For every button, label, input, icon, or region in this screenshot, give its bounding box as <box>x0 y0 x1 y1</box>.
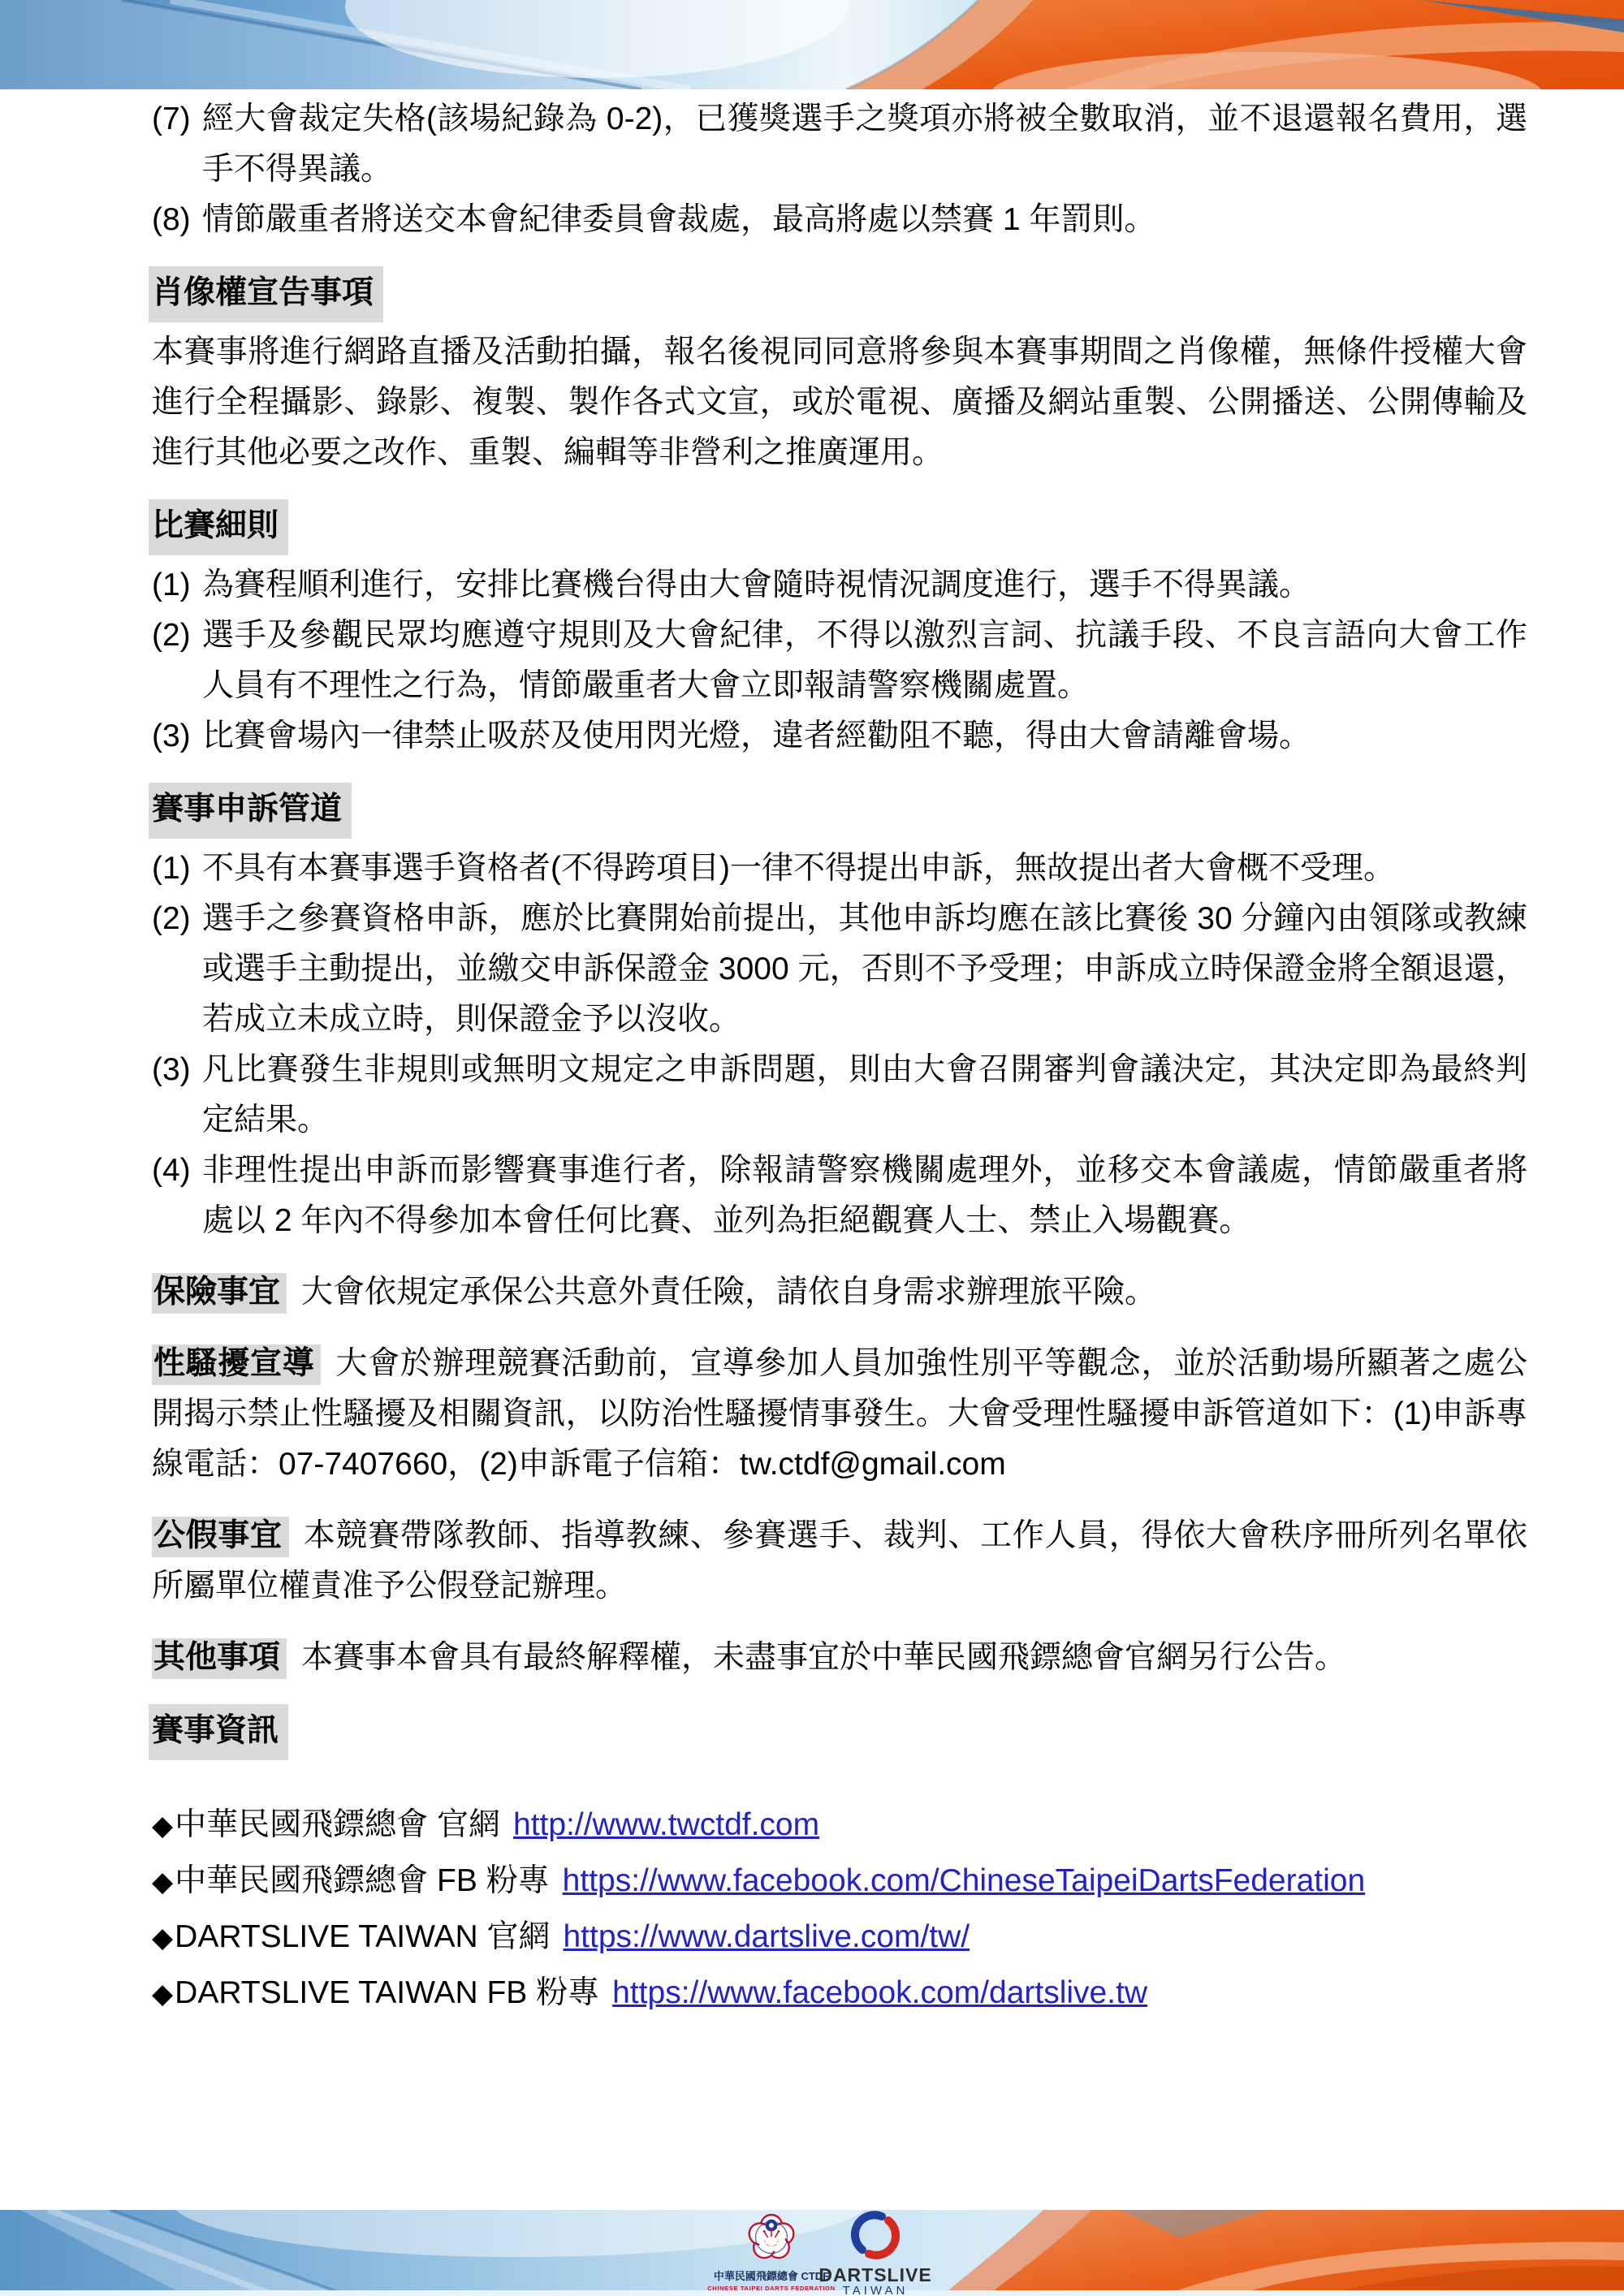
list-text: 不具有本賽事選手資格者(不得跨項目)一律不得提出申訴，無故提出者大會概不受理。 <box>202 844 1527 894</box>
list-text: 凡比賽發生非規則或無明文規定之申訴問題，則由大會召開審判會議決定，其決定即為最終… <box>202 1045 1527 1146</box>
link-label: DARTSLIVE TAIWAN 官網 <box>175 1919 550 1954</box>
rule-item: (2) 選手及參觀民眾均應遵守規則及大會紀律，不得以激烈言詞、抗議手段、不良言語… <box>152 611 1527 711</box>
dartslive-logo-name: DARTSLIVE <box>818 2264 931 2285</box>
list-marker: (7) <box>152 94 202 195</box>
diamond-bullet-icon: ◆ <box>152 1923 173 1953</box>
twctdf-website-link[interactable]: http://www.twctdf.com <box>513 1807 819 1842</box>
ctdf-facebook-link[interactable]: https://www.facebook.com/ChineseTaipeiDa… <box>563 1863 1365 1898</box>
section-insurance: 保險事宜大會依規定承保公共意外責任險，請依自身需求辦理旅平險。 <box>152 1267 1527 1318</box>
link-row: ◆中華民國飛鏢總會 FB 粉專https://www.facebook.com/… <box>152 1854 1527 1910</box>
rule-item: (7) 經大會裁定失格(該場紀錄為 0-2)，已獲獎選手之獎項亦將被全數取消，並… <box>152 94 1527 195</box>
list-text: 選手之參賽資格申訴，應於比賽開始前提出，其他申訴均應在該比賽後 30 分鐘內由領… <box>202 894 1527 1045</box>
rule-item: (1) 不具有本賽事選手資格者(不得跨項目)一律不得提出申訴，無故提出者大會概不… <box>152 844 1527 894</box>
section-title: 其他事項 <box>152 1638 287 1679</box>
section-portrait-rights: 肖像權宣告事項 本賽事將進行網路直播及活動拍攝，報名後視同同意將參與本賽事期間之… <box>152 266 1527 478</box>
rule-item: (3) 比賽會場內一律禁止吸菸及使用閃光燈，違者經勸阻不聽，得由大會請離會場。 <box>152 711 1527 762</box>
list-marker: (3) <box>152 711 202 762</box>
dartslive-logo-sub: TAIWAN <box>843 2284 909 2296</box>
section-body: 大會依規定承保公共意外責任險，請依自身需求辦理旅平險。 <box>301 1275 1156 1310</box>
diamond-bullet-icon: ◆ <box>152 1979 173 2009</box>
rule-item: (4) 非理性提出申訴而影響賽事進行者，除報請警察機關處理外，並移交本會議處，情… <box>152 1146 1527 1246</box>
rule-item: (8) 情節嚴重者將送交本會紀律委員會裁處，最高將處以禁賽 1 年罰則。 <box>152 195 1527 245</box>
rule-item: (3) 凡比賽發生非規則或無明文規定之申訴問題，則由大會召開審判會議決定，其決定… <box>152 1045 1527 1146</box>
header-banner <box>0 0 1624 89</box>
rule-item: (1) 為賽程順利進行，安排比賽機台得由大會隨時視情況調度進行，選手不得異議。 <box>152 560 1527 611</box>
section-body: 本競賽帶隊教師、指導教練、參賽選手、裁判、工作人員，得依大會秩序冊所列名單依所屬… <box>152 1518 1527 1603</box>
section-harassment: 性騷擾宣導大會於辦理競賽活動前，宣導參加人員加強性別平等觀念，並於活動場所顯著之… <box>152 1339 1527 1490</box>
list-marker: (3) <box>152 1045 202 1146</box>
link-label: DARTSLIVE TAIWAN FB 粉專 <box>175 1975 599 2010</box>
section-body: 本賽事本會具有最終解釋權，未盡事宜於中華民國飛鏢總會官網另行公告。 <box>301 1640 1346 1675</box>
header-banner-graphic <box>0 0 1624 89</box>
section-official-leave: 公假事宜本競賽帶隊教師、指導教練、參賽選手、裁判、工作人員，得依大會秩序冊所列名… <box>152 1511 1527 1612</box>
section-title: 保險事宜 <box>152 1273 287 1314</box>
list-text: 經大會裁定失格(該場紀錄為 0-2)，已獲獎選手之獎項亦將被全數取消，並不退還報… <box>202 94 1527 195</box>
footer-banner: 中華民國飛鏢總會 CTDF CHINESE TAIPEI DARTS FEDER… <box>0 2210 1624 2296</box>
diamond-bullet-icon: ◆ <box>152 1867 173 1897</box>
list-marker: (2) <box>152 894 202 1045</box>
list-text: 選手及參觀民眾均應遵守規則及大會紀律，不得以激烈言詞、抗議手段、不良言語向大會工… <box>202 611 1527 711</box>
section-title: 比賽細則 <box>149 499 288 555</box>
link-label: 中華民國飛鏢總會 FB 粉專 <box>175 1863 550 1898</box>
footer-banner-graphic: 中華民國飛鏢總會 CTDF CHINESE TAIPEI DARTS FEDER… <box>0 2210 1624 2296</box>
section-title: 公假事宜 <box>152 1517 289 1557</box>
list-marker: (2) <box>152 611 202 711</box>
ctdf-logo-english-name: CHINESE TAIPEI DARTS FEDERATION <box>707 2285 836 2292</box>
link-row: ◆中華民國飛鏢總會 官網http://www.twctdf.com <box>152 1798 1527 1854</box>
section-title: 賽事申訴管道 <box>149 783 352 839</box>
ctdf-logo-name: 中華民國飛鏢總會 CTDF <box>714 2270 829 2282</box>
list-marker: (4) <box>152 1146 202 1246</box>
list-text: 情節嚴重者將送交本會紀律委員會裁處，最高將處以禁賽 1 年罰則。 <box>202 195 1527 245</box>
dartslive-website-link[interactable]: https://www.dartslive.com/tw/ <box>563 1919 970 1954</box>
section-title: 賽事資訊 <box>149 1704 288 1760</box>
section-event-info: 賽事資訊 ◆中華民國飛鏢總會 官網http://www.twctdf.com ◆… <box>152 1704 1527 2022</box>
section-appeal-channel: 賽事申訴管道 (1) 不具有本賽事選手資格者(不得跨項目)一律不得提出申訴，無故… <box>152 783 1527 1246</box>
list-marker: (1) <box>152 844 202 894</box>
rule-item: (2) 選手之參賽資格申訴，應於比賽開始前提出，其他申訴均應在該比賽後 30 分… <box>152 894 1527 1045</box>
document-body: (7) 經大會裁定失格(該場紀錄為 0-2)，已獲獎選手之獎項亦將被全數取消，並… <box>152 94 1527 2022</box>
list-marker: (8) <box>152 195 202 245</box>
section-match-rules: 比賽細則 (1) 為賽程順利進行，安排比賽機台得由大會隨時視情況調度進行，選手不… <box>152 499 1527 762</box>
link-row: ◆DARTSLIVE TAIWAN FB 粉專https://www.faceb… <box>152 1966 1527 2022</box>
list-marker: (1) <box>152 560 202 611</box>
section-body: 本賽事將進行網路直播及活動拍攝，報名後視同同意將參與本賽事期間之肖像權，無條件授… <box>152 327 1527 478</box>
section-title: 肖像權宣告事項 <box>149 266 383 322</box>
list-text: 比賽會場內一律禁止吸菸及使用閃光燈，違者經勸阻不聽，得由大會請離會場。 <box>202 711 1527 762</box>
section-other-matters: 其他事項本賽事本會具有最終解釋權，未盡事宜於中華民國飛鏢總會官網另行公告。 <box>152 1633 1527 1683</box>
list-text: 為賽程順利進行，安排比賽機台得由大會隨時視情況調度進行，選手不得異議。 <box>202 560 1527 611</box>
section-body: 大會於辦理競賽活動前，宣導參加人員加強性別平等觀念，並於活動場所顯著之處公開揭示… <box>152 1346 1527 1482</box>
event-links: ◆中華民國飛鏢總會 官網http://www.twctdf.com ◆中華民國飛… <box>152 1798 1527 2022</box>
list-text: 非理性提出申訴而影響賽事進行者，除報請警察機關處理外，並移交本會議處，情節嚴重者… <box>202 1146 1527 1246</box>
link-row: ◆DARTSLIVE TAIWAN 官網https://www.dartsliv… <box>152 1910 1527 1966</box>
dartslive-facebook-link[interactable]: https://www.facebook.com/dartslive.tw <box>612 1975 1147 2010</box>
section-title: 性騷擾宣導 <box>152 1344 321 1385</box>
diamond-bullet-icon: ◆ <box>152 1810 173 1841</box>
link-label: 中華民國飛鏢總會 官網 <box>175 1807 500 1842</box>
